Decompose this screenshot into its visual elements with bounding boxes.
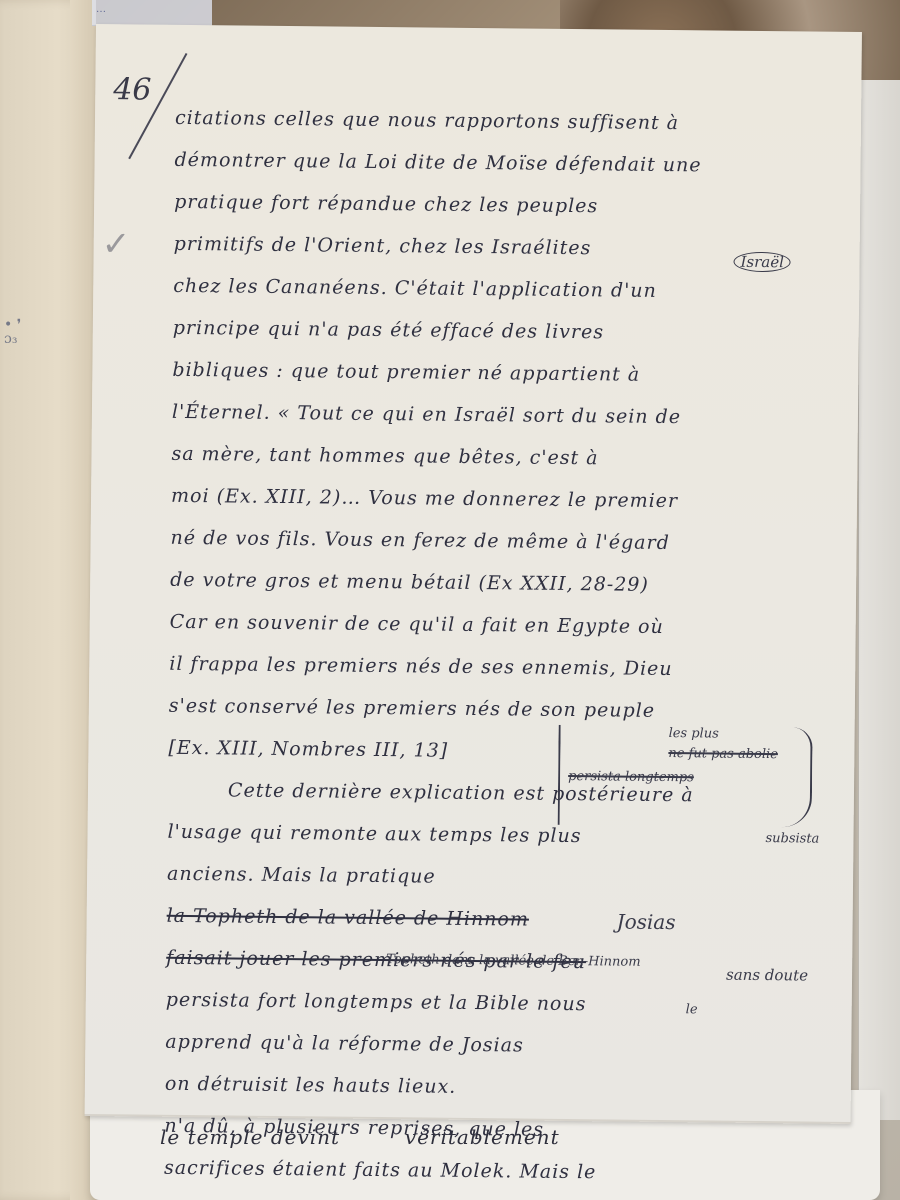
page-number: 46 [113, 72, 152, 107]
text-line: apprend qu'à la réforme de Josias [165, 1021, 845, 1070]
text-line: sa mère, tant hommes que bêtes, c'est à [171, 433, 851, 482]
text-line: bibliques : que tout premier né appartie… [172, 349, 852, 398]
text-line: né de vos fils. Vous en ferez de même à … [170, 517, 850, 566]
interlinear-insertion: Josias [617, 910, 676, 935]
margin-check-icon: ✓ [101, 224, 130, 264]
text-line: moi (Ex. XIII, 2)… Vous me donnerez le p… [171, 475, 851, 524]
text-line: citations celles que nous rapportons suf… [175, 97, 855, 146]
text-line: démontrer que la Loi dite de Moïse défen… [174, 139, 854, 188]
text-line: persista fort longtemps et la Bible nous [166, 979, 846, 1028]
text-line: sacrifices étaient faits au Molek. Mais … [164, 1147, 844, 1196]
text-line: on détruisit les hauts lieux. [165, 1063, 845, 1112]
left-page-ink-marks: • ❜ ɔ₃ [4, 318, 34, 378]
text-line: il frappa les premiers nés de ses ennemi… [169, 643, 849, 692]
text-line: pratique fort répandue chez les peuples [174, 181, 854, 230]
marginal-insertion: subsista [765, 831, 819, 847]
text-line: l'Éternel. « Tout ce qui en Israël sort … [172, 391, 852, 440]
text-line: Car en souvenir de ce qu'il a fait en Eg… [170, 601, 850, 650]
struck-text-line: la Topheth de la vallée de Hinnom [166, 895, 846, 944]
underlying-text-left: le temple devint [160, 1125, 340, 1149]
underlying-sheet-edge [858, 80, 900, 1120]
blue-paper-scrap: … [92, 0, 212, 26]
interlinear-insertion: le [686, 1002, 698, 1017]
marginal-insertion: sans doute [726, 966, 808, 985]
underlying-text-right: véritablement [405, 1125, 560, 1149]
manuscript-sheet: 46 ✓ citations celles que nous rapporton… [85, 24, 862, 1124]
text-line: de votre gros et menu bétail (Ex XXII, 2… [170, 559, 850, 608]
left-page: • ❜ ɔ₃ [0, 0, 96, 1200]
circled-word: Israël [733, 253, 791, 272]
text-line: principe qui n'a pas été effacé des livr… [173, 307, 853, 356]
text-line: anciens. Mais la pratique [167, 853, 847, 902]
interlinear-insertion: Topheth dans la vallée de Ben-Hinnom [386, 952, 641, 970]
insertion-bracket [558, 725, 813, 828]
photo-scene: • ❜ ɔ₃ … 46 ✓ citations celles que nous … [0, 0, 900, 1200]
underlying-sheet-text: le temple devint véritablement [160, 1125, 560, 1149]
text-line: chez les Cananéens. C'était l'applicatio… [173, 265, 853, 314]
